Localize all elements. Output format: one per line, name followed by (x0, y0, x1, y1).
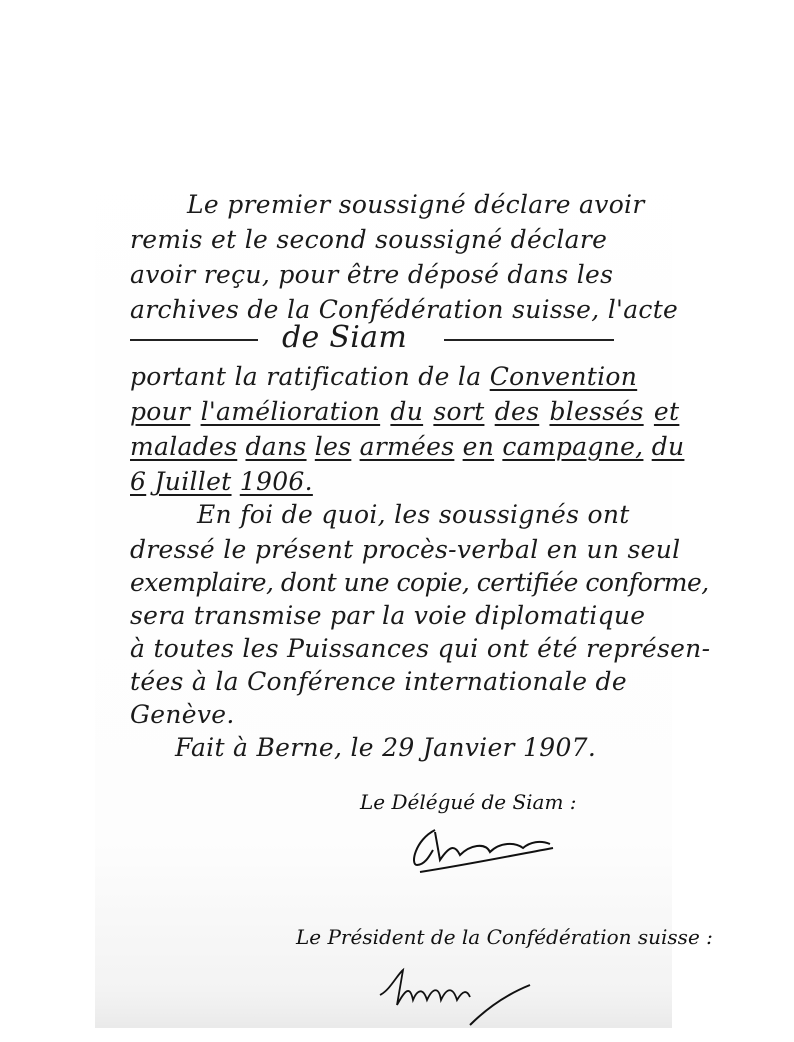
signatory-label-siam: Le Délégué de Siam : (360, 790, 577, 814)
text-line: Genève. (130, 700, 235, 729)
text-line: dressé le présent procès-verbal en un se… (130, 535, 680, 564)
word: du (652, 432, 685, 461)
text-line: exemplaire, dont une copie, certifiée co… (130, 568, 709, 597)
text-line: à toutes les Puissances qui ont été repr… (130, 634, 710, 663)
fill-rule-right (444, 339, 614, 341)
signature-siam (405, 820, 565, 880)
word: armées (360, 432, 455, 461)
text-line: Le premier soussigné déclare avoir (187, 190, 645, 219)
word: blessés (549, 397, 643, 426)
word: des (495, 397, 540, 426)
text-line: tées à la Conférence internationale de (130, 667, 627, 696)
word: du (390, 397, 423, 426)
word: l'amélioration (201, 397, 381, 426)
text-line: En foi de quoi, les soussignés ont (197, 500, 630, 529)
text-line: portant la ratification de la Convention (130, 362, 637, 391)
text-line: pour l'amélioration du sort des blessés … (130, 397, 679, 426)
word: dans (246, 432, 307, 461)
fill-rule-left (130, 339, 258, 341)
text-line: 6 Juillet 1906. (130, 467, 313, 496)
signature-president (375, 965, 545, 1030)
word: 6 (130, 467, 146, 496)
word: pour (130, 397, 190, 426)
word: campagne, (502, 432, 643, 461)
place-date: Fait à Berne, le 29 Janvier 1907. (175, 733, 596, 762)
word: malades (130, 432, 237, 461)
word: en (463, 432, 495, 461)
text-line: avoir reçu, pour être déposé dans les (130, 260, 613, 289)
text-line: remis et le second soussigné déclare (130, 225, 607, 254)
word: sort (433, 397, 484, 426)
country-name: de Siam (282, 320, 407, 355)
word: et (654, 397, 679, 426)
text-segment: portant la ratification de la (130, 362, 490, 391)
word: 1906. (240, 467, 313, 496)
convention-word: Convention (490, 362, 638, 391)
word: Juillet (154, 467, 231, 496)
signatory-label-president: Le Président de la Confédération suisse … (296, 925, 713, 949)
text-line: sera transmise par la voie diplomatique (130, 601, 645, 630)
word: les (315, 432, 352, 461)
text-line: malades dans les armées en campagne, du (130, 432, 684, 461)
